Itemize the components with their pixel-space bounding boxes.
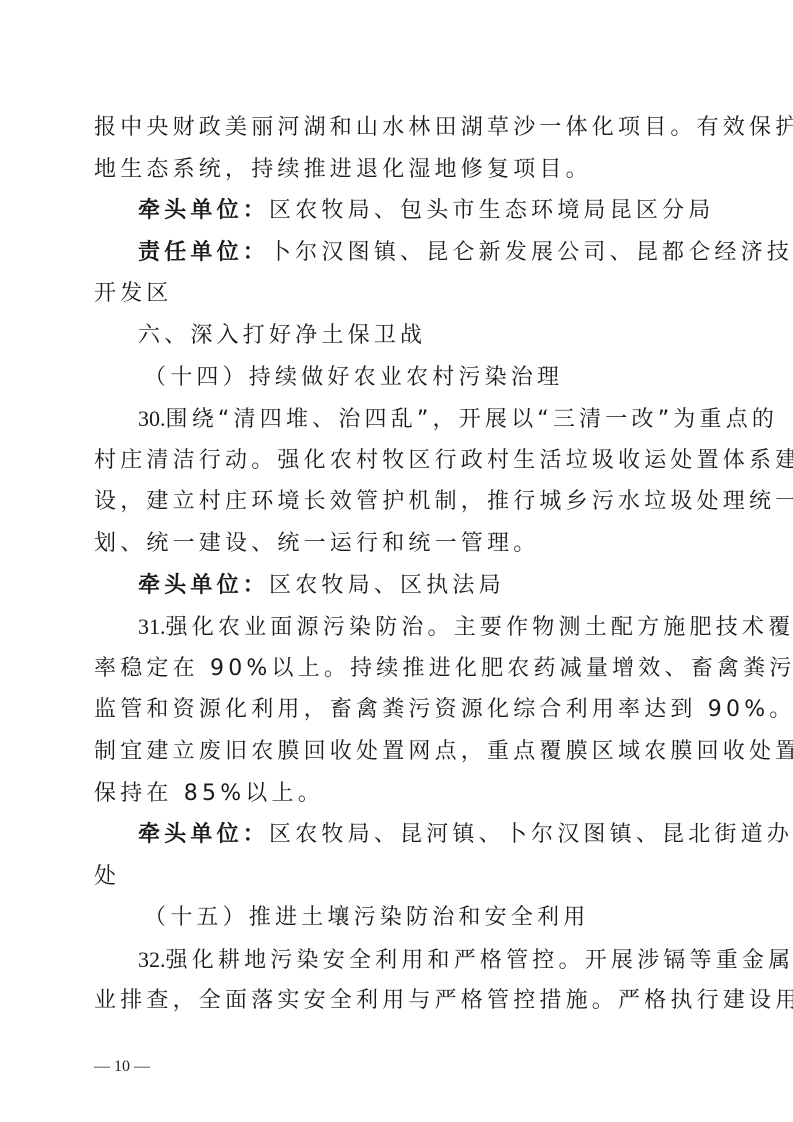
body-text-line: 开发区	[94, 273, 700, 315]
item-number: 30.	[138, 406, 166, 431]
item-text: 围绕“清四堆、治四乱”，开展以“三清一改”为重点的	[166, 407, 779, 432]
lead-unit-value: 区农牧局、包头市生态环境局昆区分局	[269, 198, 714, 223]
responsible-unit-label: 责任单位：	[138, 240, 269, 265]
responsible-unit-value: 卜尔汉图镇、昆仑新发展公司、昆都仑经济技术	[269, 240, 793, 265]
body-text-line: 业排查，全面落实安全利用与严格管控措施。严格执行建设用地	[94, 980, 700, 1022]
lead-unit-label: 牵头单位：	[138, 573, 269, 598]
item-number: 32.	[138, 947, 166, 972]
responsible-unit-line: 责任单位：卜尔汉图镇、昆仑新发展公司、昆都仑经济技术	[94, 232, 700, 274]
body-text-line: 制宜建立废旧农膜回收处置网点，重点覆膜区域农膜回收处置率	[94, 731, 700, 773]
body-text-line: 划、统一建设、统一运行和统一管理。	[94, 523, 700, 565]
lead-unit-value: 区农牧局、区执法局	[269, 573, 505, 598]
body-text-line: 报中央财政美丽河湖和山水林田湖草沙一体化项目。有效保护湿	[94, 107, 700, 149]
body-text-line: 处	[94, 856, 700, 898]
body-text-line: 地生态系统，持续推进退化湿地修复项目。	[94, 149, 700, 191]
page-number: — 10 —	[94, 1058, 150, 1076]
body-text-line: 率稳定在 90%以上。持续推进化肥农药减量增效、畜禽粪污排污	[94, 648, 700, 690]
lead-unit-value: 区农牧局、昆河镇、卜尔汉图镇、昆北街道办事	[269, 822, 793, 847]
item-number: 31.	[138, 614, 166, 639]
item-32-line: 32.强化耕地污染安全利用和严格管控。开展涉镉等重金属企	[94, 939, 700, 981]
body-text-line: 设，建立村庄环境长效管护机制，推行城乡污水垃圾处理统一规	[94, 481, 700, 523]
subsection-heading: （十四）持续做好农业农村污染治理	[94, 357, 700, 399]
body-text-line: 保持在 85%以上。	[94, 773, 700, 815]
lead-unit-line: 牵头单位：区农牧局、包头市生态环境局昆区分局	[94, 190, 700, 232]
item-30-line: 30.围绕“清四堆、治四乱”，开展以“三清一改”为重点的	[94, 398, 700, 440]
subsection-heading: （十五）推进土壤污染防治和安全利用	[94, 897, 700, 939]
lead-unit-label: 牵头单位：	[138, 198, 269, 223]
lead-unit-label: 牵头单位：	[138, 822, 269, 847]
body-text-line: 村庄清洁行动。强化农村牧区行政村生活垃圾收运处置体系建	[94, 440, 700, 482]
document-body: 报中央财政美丽河湖和山水林田湖草沙一体化项目。有效保护湿 地生态系统，持续推进退…	[94, 107, 700, 1022]
item-text: 强化农业面源污染防治。主要作物测土配方施肥技术覆盖	[166, 615, 793, 640]
section-heading: 六、深入打好净土保卫战	[94, 315, 700, 357]
item-text: 强化耕地污染安全利用和严格管控。开展涉镉等重金属企	[166, 948, 793, 973]
body-text-line: 监管和资源化利用，畜禽粪污资源化综合利用率达到 90%。因地	[94, 689, 700, 731]
lead-unit-line: 牵头单位：区农牧局、区执法局	[94, 565, 700, 607]
lead-unit-line: 牵头单位：区农牧局、昆河镇、卜尔汉图镇、昆北街道办事	[94, 814, 700, 856]
item-31-line: 31.强化农业面源污染防治。主要作物测土配方施肥技术覆盖	[94, 606, 700, 648]
